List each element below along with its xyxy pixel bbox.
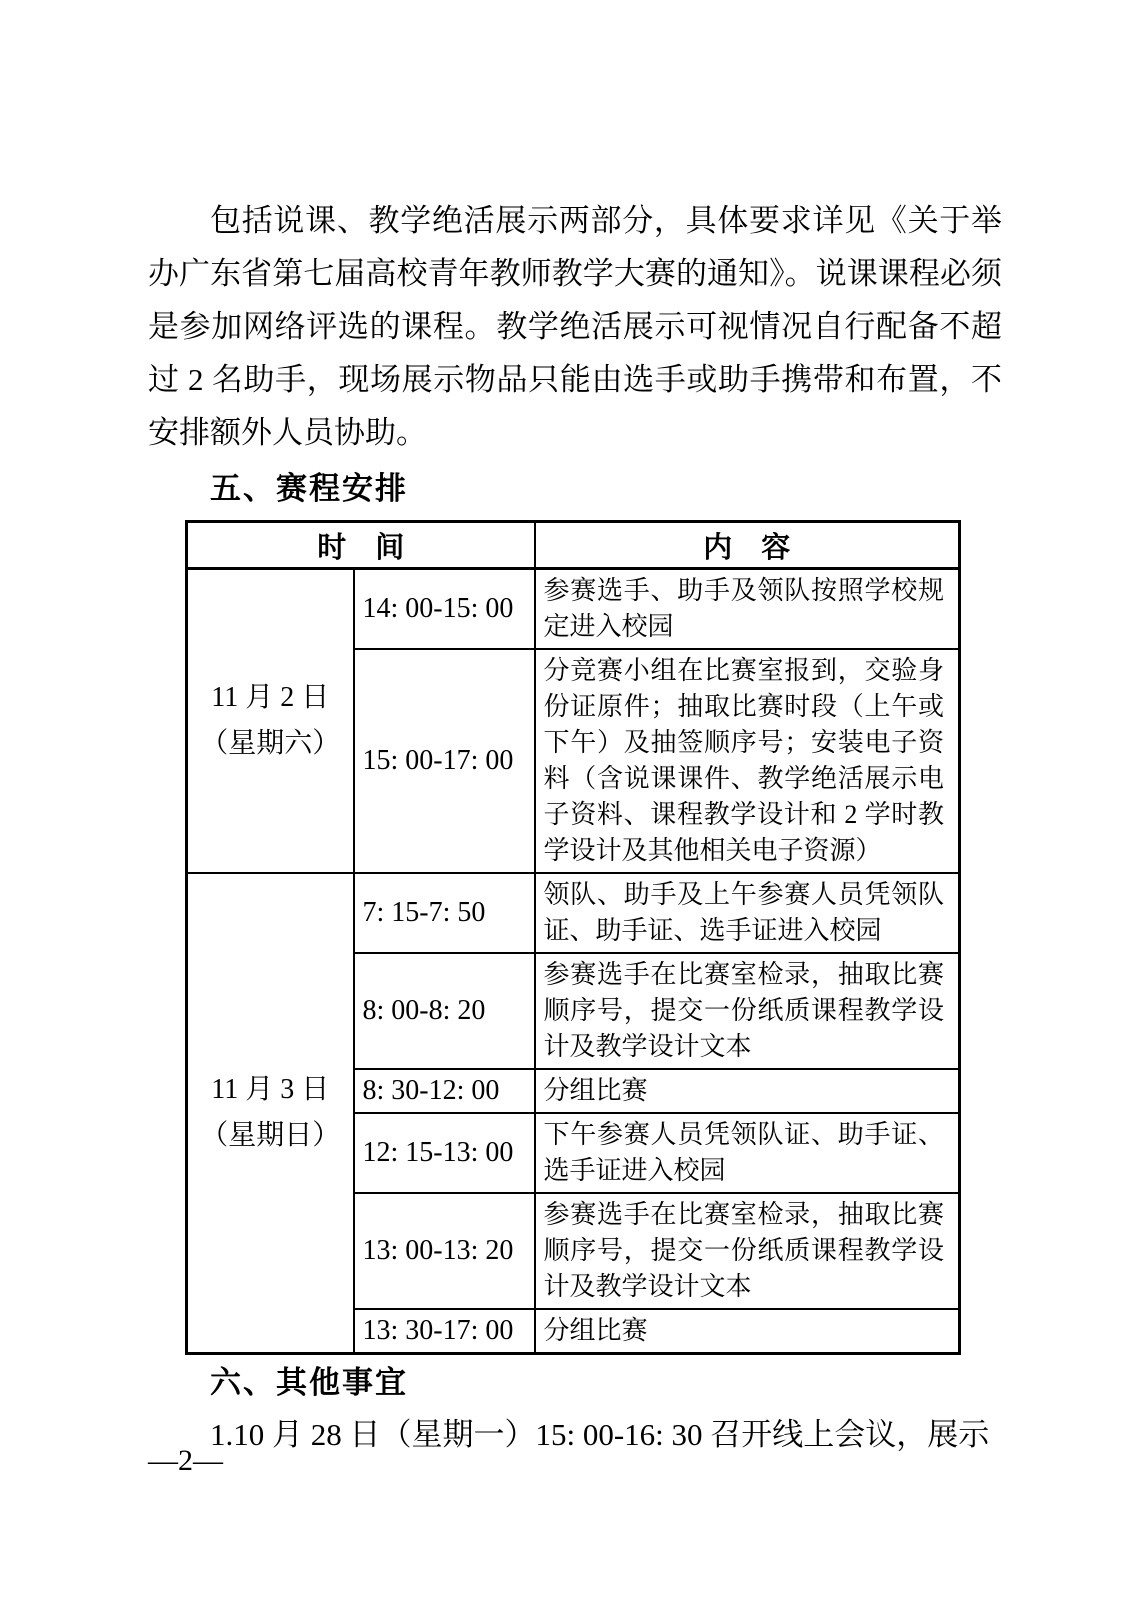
content-cell: 下午参赛人员凭领队证、助手证、选手证进入校园: [535, 1113, 960, 1193]
time-cell: 13: 00-13: 20: [354, 1193, 535, 1309]
content-column-header: 内 容: [535, 522, 960, 569]
content-cell: 分组比赛: [535, 1309, 960, 1354]
content-cell: 分竞赛小组在比赛室报到，交验身份证原件；抽取比赛时段（上午或下午）及抽签顺序号；…: [535, 649, 960, 873]
time-cell: 12: 15-13: 00: [354, 1113, 535, 1193]
content-cell: 参赛选手、助手及领队按照学校规定进入校园: [535, 569, 960, 650]
content-cell: 分组比赛: [535, 1069, 960, 1113]
time-column-header: 时 间: [187, 522, 535, 569]
section-5-heading: 五、赛程安排: [210, 467, 1002, 510]
page-number: —2—: [148, 1441, 223, 1481]
table-row: 11 月 3 日 （星期日） 7: 15-7: 50 领队、助手及上午参赛人员凭…: [187, 873, 960, 953]
schedule-table: 时 间 内 容 11 月 2 日 （星期六） 14: 00-15: 00 参赛选…: [185, 520, 961, 1355]
table-header-row: 时 间 内 容: [187, 522, 960, 569]
time-cell: 7: 15-7: 50: [354, 873, 535, 953]
date-cell-day1: 11 月 2 日 （星期六）: [187, 569, 354, 874]
date-cell-day2: 11 月 3 日 （星期日）: [187, 873, 354, 1354]
time-cell: 8: 30-12: 00: [354, 1069, 535, 1113]
other-item-1: 1.10 月 28 日（星期一）15: 00-16: 30 召开线上会议，展示: [148, 1408, 1002, 1461]
section-6-heading: 六、其他事宜: [210, 1361, 1002, 1404]
time-cell: 14: 00-15: 00: [354, 569, 535, 650]
intro-paragraph: 包括说课、教学绝活展示两部分，具体要求详见《关于举办广东省第七届高校青年教师教学…: [148, 194, 1002, 459]
document-page: 包括说课、教学绝活展示两部分，具体要求详见《关于举办广东省第七届高校青年教师教学…: [0, 0, 1132, 1600]
table-row: 11 月 2 日 （星期六） 14: 00-15: 00 参赛选手、助手及领队按…: [187, 569, 960, 650]
content-cell: 参赛选手在比赛室检录，抽取比赛顺序号，提交一份纸质课程教学设计及教学设计文本: [535, 1193, 960, 1309]
time-cell: 15: 00-17: 00: [354, 649, 535, 873]
content-cell: 参赛选手在比赛室检录，抽取比赛顺序号，提交一份纸质课程教学设计及教学设计文本: [535, 953, 960, 1069]
content-cell: 领队、助手及上午参赛人员凭领队证、助手证、选手证进入校园: [535, 873, 960, 953]
time-cell: 8: 00-8: 20: [354, 953, 535, 1069]
time-cell: 13: 30-17: 00: [354, 1309, 535, 1354]
